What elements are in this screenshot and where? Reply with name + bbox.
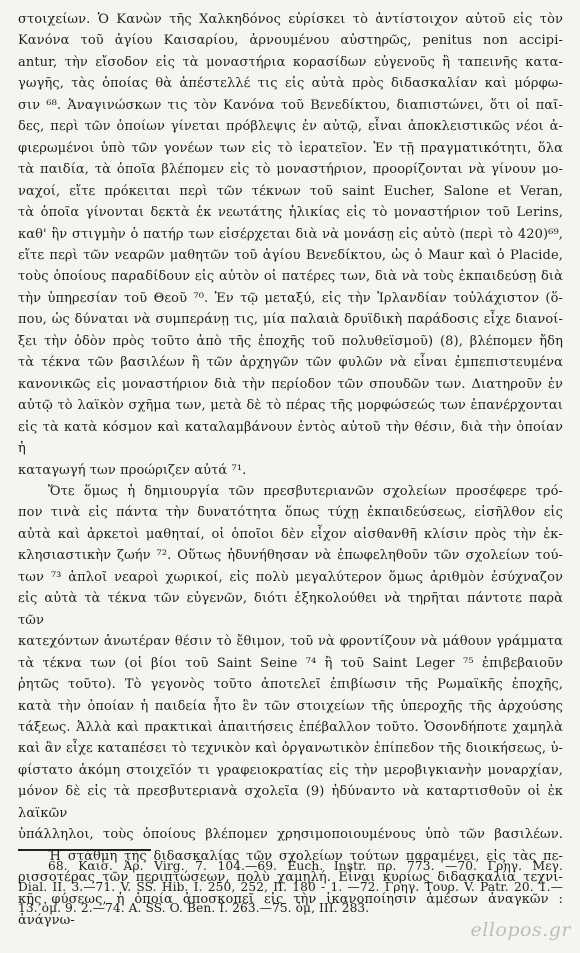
text-line: γωγῆς, τὰς ὁποίας θὰ ἀπέστελλέ τις εἰς α… xyxy=(18,73,563,94)
footnotes: 68. Καισ. Ἀρ. Virg. 7. 104.—69. Euch. In… xyxy=(18,856,563,919)
text-line: των ⁷³ ἁπλοῖ νεαροὶ χωρικοί, εἰς πολὺ με… xyxy=(18,567,563,588)
text-line: ὑπάλληλοι, τοὺς ὁποίους βλέπομεν χρησιμο… xyxy=(18,824,563,845)
text-line: τὰ τέκνα των (οἱ βίοι τοῦ Saint Seine ⁷⁴… xyxy=(18,653,563,674)
text-line: σιν ⁶⁸. Ἀναγινώσκων τις τὸν Κανόνα τοῦ Β… xyxy=(18,95,563,116)
text-line: κανονικῶς εἰς μοναστήριον διὰ τὴν περίοδ… xyxy=(18,374,563,395)
text-line: αὐτὰ καὶ ἀρκετοὶ μαθηταί, οἱ ὁποῖοι δὲν … xyxy=(18,524,563,545)
text-line: ναχοί, εἴτε πρόκειται περὶ τῶν τέκνων το… xyxy=(18,181,563,202)
text-line: τάξεως. Ἀλλὰ καὶ πρακτικαὶ ἀπαιτήσεις ἐπ… xyxy=(18,717,563,738)
text-line: τὰ τέκνα τῶν βασιλέων ἢ τῶν ἀρχηγῶν τῶν … xyxy=(18,352,563,373)
text-line: Κανόνα τοῦ ἁγίου Καισαρίου, ἀρνουμένου α… xyxy=(18,30,563,51)
text-line: τὰ ὁποῖα γίνονται δεκτὰ ἐκ νεωτάτης ἡλικ… xyxy=(18,202,563,223)
text-line: στοιχείων. Ὁ Κανὼν τῆς Χαλκηδόνος εὑρίσκ… xyxy=(18,9,563,30)
text-line: καταγωγή των προώριζεν αὐτά ⁷¹. xyxy=(18,460,563,481)
text-line: που, ὡς δύναται νὰ συμπεράνῃ τις, μία πα… xyxy=(18,309,563,330)
paragraph: στοιχείων. Ὁ Κανὼν τῆς Χαλκηδόνος εὑρίσκ… xyxy=(18,9,563,481)
text-line: αὐτῷ τὸ λαϊκὸν σχῆμα των, μετὰ δὲ τὸ πέρ… xyxy=(18,395,563,416)
text-line: εἰς τὰ κατὰ κόσμον καὶ καταλαμβάνουν ἐντ… xyxy=(18,417,563,460)
scanned-book-page: στοιχείων. Ὁ Κανὼν τῆς Χαλκηδόνος εὑρίσκ… xyxy=(0,0,580,953)
text-line: τοὺς ὁποίους παραδίδουν εἰς αὐτὸν οἱ πατ… xyxy=(18,266,563,287)
main-text: στοιχείων. Ὁ Κανὼν τῆς Χαλκηδόνος εὑρίσκ… xyxy=(18,9,563,931)
text-line: πον τινὰ εἰς πάντα τὴν δυνατότητα ὅπως τ… xyxy=(18,502,563,523)
text-line: μόνον δὲ εἰς τὰ πρεσβυτεριανὰ σχολεῖα (9… xyxy=(18,781,563,824)
text-line: εἰς αὐτὰ τὰ τέκνα τῶν εὐγενῶν, διότι ἐξη… xyxy=(18,588,563,631)
paragraph: Ὅτε ὅμως ἡ δημιουργία τῶν πρεσβυτεριανῶν… xyxy=(18,481,563,846)
text-line: ξει τὴν ὁδὸν πρὸς τοῦτο ἀπὸ τῆς ἐποχῆς τ… xyxy=(18,331,563,352)
text-line: φίστατο ἀκόμη στοιχεῖόν τι γραφειοκρατία… xyxy=(18,760,563,781)
text-line: antur, τὴν εἴσοδον εἰς τὰ μοναστήρια κορ… xyxy=(18,52,563,73)
text-line: κατεχόντων ἀνωτέραν θέσιν τὸ ἔθιμον, τοῦ… xyxy=(18,631,563,652)
text-line: εἴτε περὶ τῶν νεαρῶν μαθητῶν τοῦ ἁγίου Β… xyxy=(18,245,563,266)
footnote-line: 13. ὁμ. 9. 2.—74. A. SS. O. Ben. I. 263.… xyxy=(18,898,563,919)
text-line: φιερωμένοι ὑπὸ τῶν γονέων των εἰς τὸ ἱερ… xyxy=(18,138,563,159)
text-line: ῥητῶς τοῦτο). Τὸ γεγονὸς τοῦτο ἀποτελεῖ … xyxy=(18,674,563,695)
footnote-separator-rule xyxy=(18,849,151,851)
text-line: καὶ ἂν εἶχε καταπέσει τὸ τεχνικὸν καὶ ὀρ… xyxy=(18,738,563,759)
footnote-line: Dial. II. 3.—71. V. SS. Hib. I. 250, 252… xyxy=(18,877,563,898)
watermark-ellopos: ellopos.gr xyxy=(471,919,571,941)
text-line: κλησιαστικὴν ζωήν ⁷². Οὕτως ἠδυνήθησαν ν… xyxy=(18,545,563,566)
text-line: κατὰ τὴν ὁποίαν ἡ παιδεία ἦτο ἓν τῶν στο… xyxy=(18,696,563,717)
text-line: Ὅτε ὅμως ἡ δημιουργία τῶν πρεσβυτεριανῶν… xyxy=(18,481,563,502)
text-line: δες, περὶ τῶν ὁποίων γίνεται πρόβλεψις ἐ… xyxy=(18,116,563,137)
text-line: καθ' ἣν στιγμὴν ὁ πατήρ των εἰσέρχεται δ… xyxy=(18,224,563,245)
footnote-line: 68. Καισ. Ἀρ. Virg. 7. 104.—69. Euch. In… xyxy=(18,856,563,877)
text-line: τὰ παιδία, τὰ ὁποῖα βλέπομεν εἰς τὸ μονα… xyxy=(18,159,563,180)
text-line: τὴν ὑπηρεσίαν τοῦ Θεοῦ ⁷⁰. Ἐν τῷ μεταξύ,… xyxy=(18,288,563,309)
